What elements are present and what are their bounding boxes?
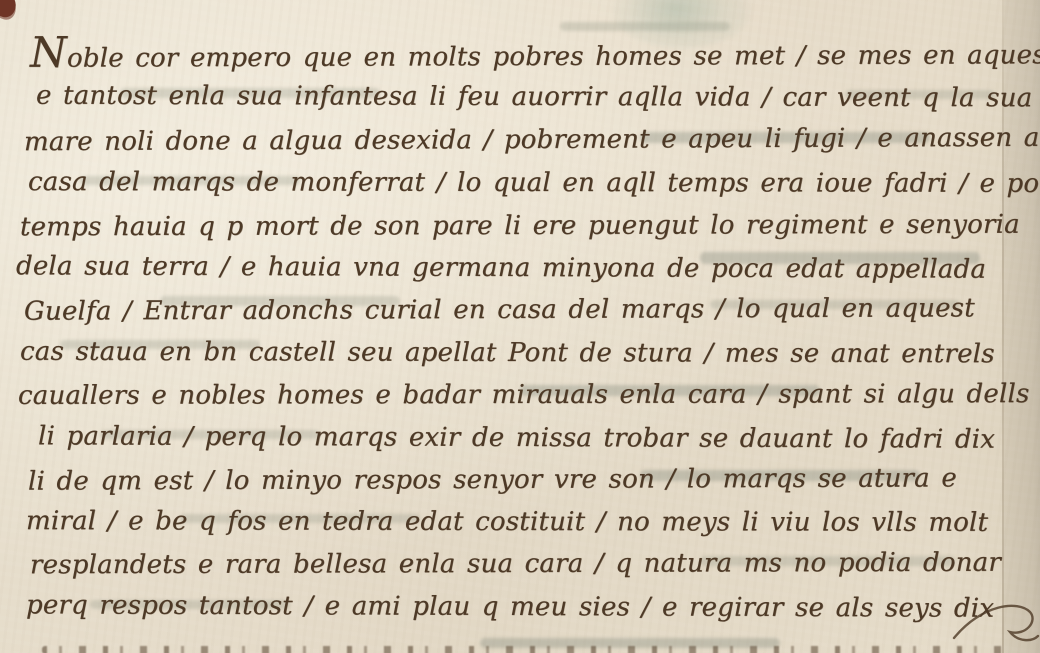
manuscript-line: perq respos tantost / e ami plau q meu s…: [26, 590, 994, 623]
text-block: Noble cor empero que en molts pobres hom…: [0, 0, 1040, 653]
manuscript-line: li de qm est / lo minyo respos senyor vr…: [28, 463, 957, 496]
manuscript-line: miral / e be q fos en tedra edat costitu…: [26, 506, 988, 538]
manuscript-line: li parlaria / perq lo marqs exir de miss…: [38, 421, 995, 454]
manuscript-line: Guelfa / Entrar adonchs curial en casa d…: [24, 293, 975, 326]
manuscript-line: cas staua en bn castell seu apellat Pont…: [20, 337, 995, 370]
manuscript-line: casa del marqs de monferrat / lo qual en…: [28, 167, 1040, 199]
manuscript-line: Noble cor empero que en molts pobres hom…: [30, 36, 1040, 74]
manuscript-line: mare noli done a algua desexida / pobrem…: [24, 123, 1040, 157]
manuscript-page: Noble cor empero que en molts pobres hom…: [0, 0, 1040, 653]
cutoff-line-strokes: [42, 646, 1007, 653]
manuscript-line: dela sua terra / e hauia vna germana min…: [16, 251, 986, 284]
manuscript-line: resplandets e rara bellesa enla sua cara…: [30, 548, 1001, 581]
manuscript-line: cauallers e nobles homes e badar miraual…: [18, 379, 1030, 411]
pen-flourish: [952, 598, 1040, 650]
manuscript-line: e tantost enla sua infantesa li feu auor…: [36, 81, 1032, 114]
manuscript-line: temps hauia q p mort de son pare li ere …: [20, 210, 1020, 243]
